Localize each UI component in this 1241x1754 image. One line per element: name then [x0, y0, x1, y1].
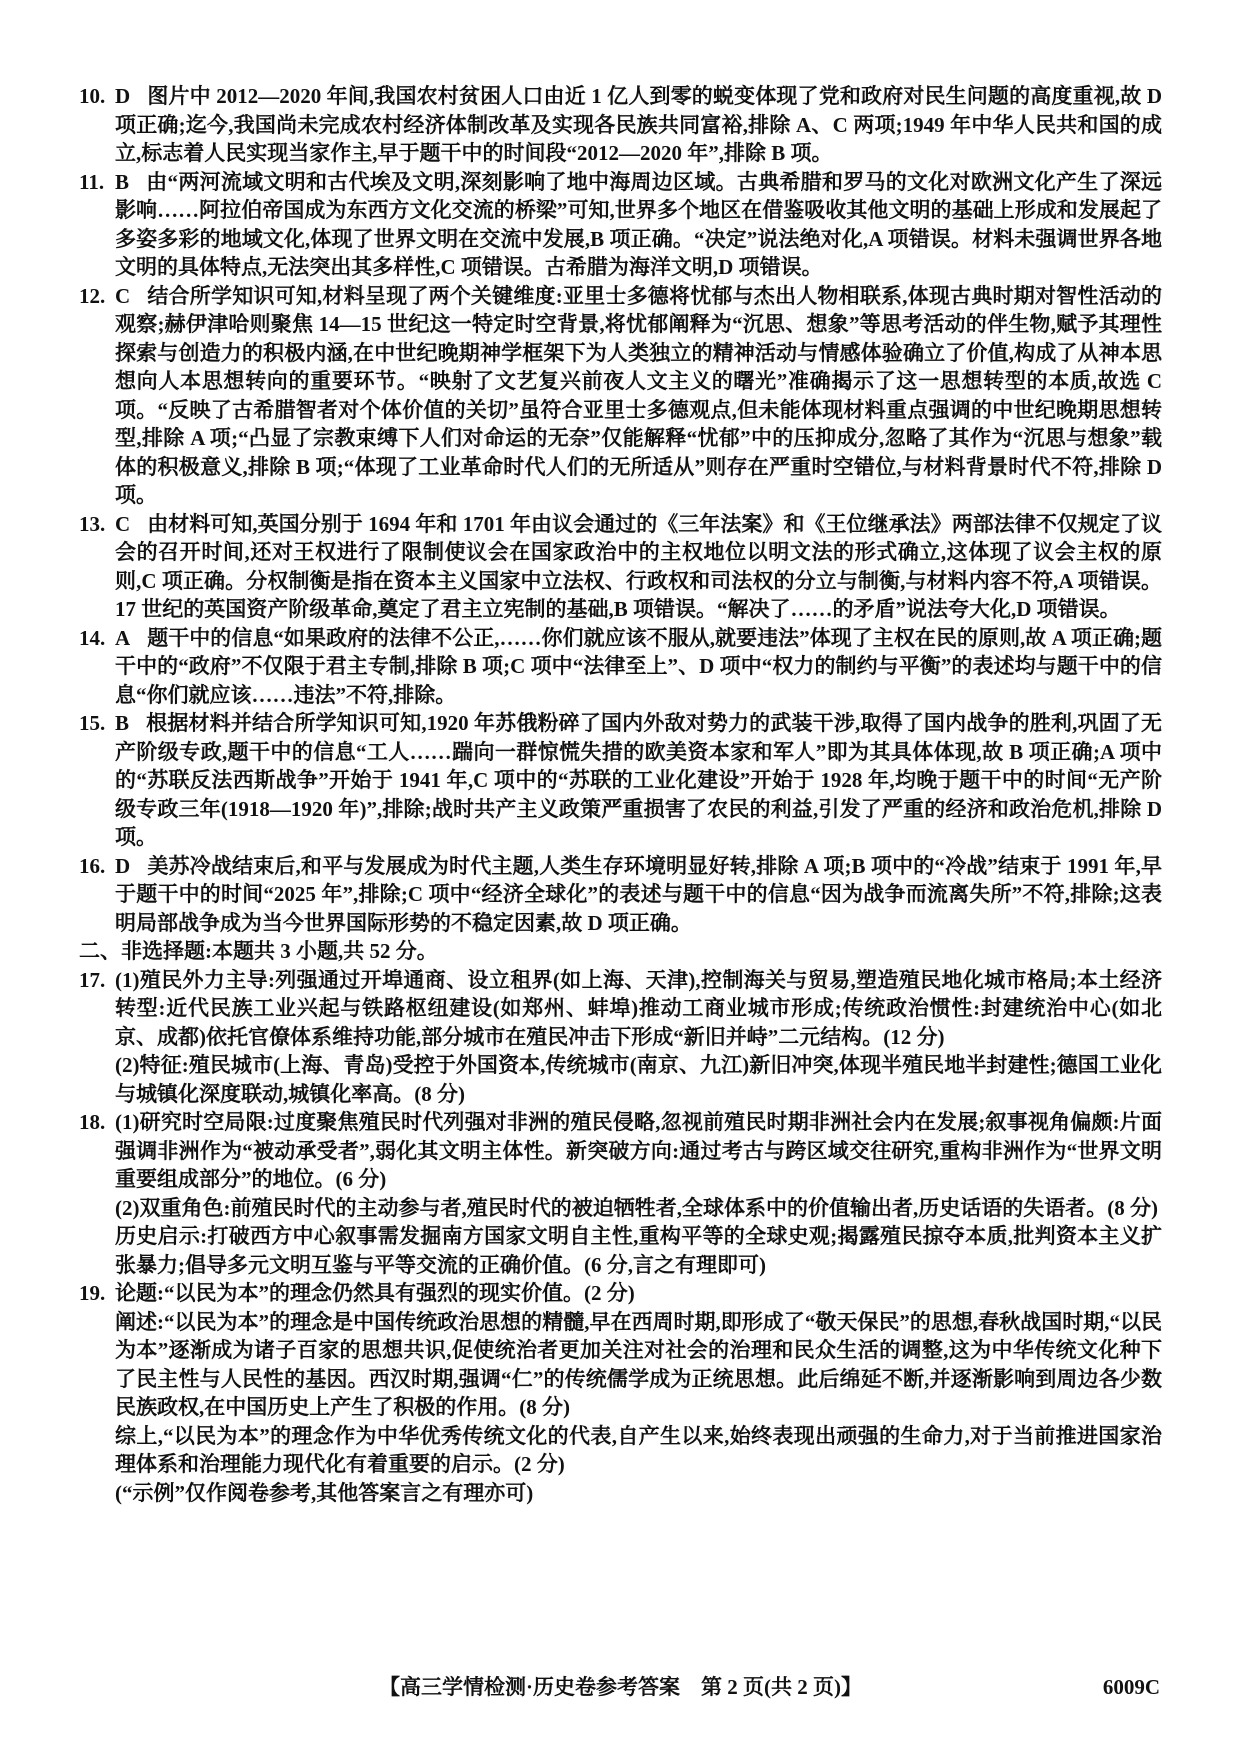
- answer-item-18: 18. (1)研究时空局限:过度聚焦殖民时代列强对非洲的殖民侵略,忽视前殖民时期…: [115, 1108, 1162, 1279]
- answer-paragraph: (2)特征:殖民城市(上海、青岛)受控于外国资本,传统城市(南京、九江)新旧冲突…: [115, 1051, 1162, 1108]
- item-number: 11.: [79, 168, 104, 197]
- answer-letter: B: [115, 170, 129, 194]
- answer-explanation: 题干中的信息“如果政府的法律不公正,……你们就应该不服从,就要违法”体现了主权在…: [115, 626, 1162, 707]
- item-number: 16.: [79, 852, 105, 881]
- section-2-heading: 二、非选择题:本题共 3 小题,共 52 分。: [79, 937, 1162, 966]
- answer-paragraph: (“示例”仅作阅卷参考,其他答案言之有理亦可): [115, 1479, 1162, 1508]
- item-number: 18.: [79, 1108, 105, 1137]
- answer-explanation: 结合所学知识可知,材料呈现了两个关键维度:亚里士多德将忧郁与杰出人物相联系,体现…: [115, 284, 1162, 508]
- answer-item-17: 17. (1)殖民外力主导:列强通过开埠通商、设立租界(如上海、天津),控制海关…: [115, 966, 1162, 1109]
- answer-explanation: 由“两河流域文明和古代埃及文明,深刻影响了地中海周边区域。古典希腊和罗马的文化对…: [115, 170, 1162, 280]
- paper-code: 6009C: [1103, 1672, 1160, 1702]
- answer-item-15: 15. B根据材料并结合所学知识可知,1920 年苏俄粉碎了国内外敌对势力的武装…: [115, 709, 1162, 852]
- answer-letter: D: [115, 84, 130, 108]
- answer-paragraph: (1)殖民外力主导:列强通过开埠通商、设立租界(如上海、天津),控制海关与贸易,…: [115, 966, 1162, 1052]
- answer-paragraph: A题干中的信息“如果政府的法律不公正,……你们就应该不服从,就要违法”体现了主权…: [115, 624, 1162, 710]
- answer-item-11: 11. B由“两河流域文明和古代埃及文明,深刻影响了地中海周边区域。古典希腊和罗…: [115, 168, 1162, 282]
- footer-title: 【高三学情检测·历史卷参考答案 第 2 页(共 2 页)】: [379, 1675, 862, 1699]
- item-number: 15.: [79, 709, 105, 738]
- answer-paragraph: 阐述:“以民为本”的理念是中国传统政治思想的精髓,早在西周时期,即形成了“敬天保…: [115, 1308, 1162, 1422]
- page-footer: 【高三学情检测·历史卷参考答案 第 2 页(共 2 页)】 6009C: [0, 1672, 1241, 1702]
- answer-paragraph: 综上,“以民为本”的理念作为中华优秀传统文化的代表,自产生以来,始终表现出顽强的…: [115, 1422, 1162, 1479]
- item-number: 13.: [79, 510, 105, 539]
- answer-item-14: 14. A题干中的信息“如果政府的法律不公正,……你们就应该不服从,就要违法”体…: [115, 624, 1162, 710]
- answer-paragraph: B由“两河流域文明和古代埃及文明,深刻影响了地中海周边区域。古典希腊和罗马的文化…: [115, 168, 1162, 282]
- answer-paragraph: C结合所学知识可知,材料呈现了两个关键维度:亚里士多德将忧郁与杰出人物相联系,体…: [115, 282, 1162, 510]
- answer-letter: D: [115, 854, 130, 878]
- answer-item-13: 13. C由材料可知,英国分别于 1694 年和 1701 年由议会通过的《三年…: [115, 510, 1162, 624]
- item-number: 17.: [79, 966, 105, 995]
- answer-explanation: 由材料可知,英国分别于 1694 年和 1701 年由议会通过的《三年法案》和《…: [115, 512, 1162, 622]
- answer-paragraph: 论题:“以民为本”的理念仍然具有强烈的现实价值。(2 分): [115, 1279, 1162, 1308]
- answer-paragraph: B根据材料并结合所学知识可知,1920 年苏俄粉碎了国内外敌对势力的武装干涉,取…: [115, 709, 1162, 852]
- answer-explanation: 图片中 2012—2020 年间,我国农村贫困人口由近 1 亿人到零的蜕变体现了…: [115, 84, 1162, 165]
- answer-item-19: 19. 论题:“以民为本”的理念仍然具有强烈的现实价值。(2 分) 阐述:“以民…: [115, 1279, 1162, 1507]
- item-number: 12.: [79, 282, 105, 311]
- item-number: 14.: [79, 624, 105, 653]
- answer-letter: A: [115, 626, 130, 650]
- item-number: 10.: [79, 82, 105, 111]
- item-number: 19.: [79, 1279, 105, 1308]
- answer-paragraph: C由材料可知,英国分别于 1694 年和 1701 年由议会通过的《三年法案》和…: [115, 510, 1162, 624]
- answer-key-content: 10. D图片中 2012—2020 年间,我国农村贫困人口由近 1 亿人到零的…: [79, 82, 1162, 1507]
- document-page: 10. D图片中 2012—2020 年间,我国农村贫困人口由近 1 亿人到零的…: [0, 0, 1241, 1754]
- answer-letter: C: [115, 512, 130, 536]
- answer-paragraph: D图片中 2012—2020 年间,我国农村贫困人口由近 1 亿人到零的蜕变体现…: [115, 82, 1162, 168]
- answer-paragraph: D美苏冷战结束后,和平与发展成为时代主题,人类生存环境明显好转,排除 A 项;B…: [115, 852, 1162, 938]
- answer-item-10: 10. D图片中 2012—2020 年间,我国农村贫困人口由近 1 亿人到零的…: [115, 82, 1162, 168]
- answer-letter: B: [115, 711, 129, 735]
- answer-item-16: 16. D美苏冷战结束后,和平与发展成为时代主题,人类生存环境明显好转,排除 A…: [115, 852, 1162, 938]
- answer-letter: C: [115, 284, 130, 308]
- answer-item-12: 12. C结合所学知识可知,材料呈现了两个关键维度:亚里士多德将忧郁与杰出人物相…: [115, 282, 1162, 510]
- answer-explanation: 美苏冷战结束后,和平与发展成为时代主题,人类生存环境明显好转,排除 A 项;B …: [115, 854, 1162, 935]
- answer-explanation: 根据材料并结合所学知识可知,1920 年苏俄粉碎了国内外敌对势力的武装干涉,取得…: [115, 711, 1162, 849]
- answer-paragraph: (1)研究时空局限:过度聚焦殖民时代列强对非洲的殖民侵略,忽视前殖民时期非洲社会…: [115, 1108, 1162, 1194]
- answer-paragraph: 历史启示:打破西方中心叙事需发掘南方国家文明自主性,重构平等的全球史观;揭露殖民…: [115, 1222, 1162, 1279]
- answer-paragraph: (2)双重角色:前殖民时代的主动参与者,殖民时代的被迫牺牲者,全球体系中的价值输…: [115, 1194, 1162, 1223]
